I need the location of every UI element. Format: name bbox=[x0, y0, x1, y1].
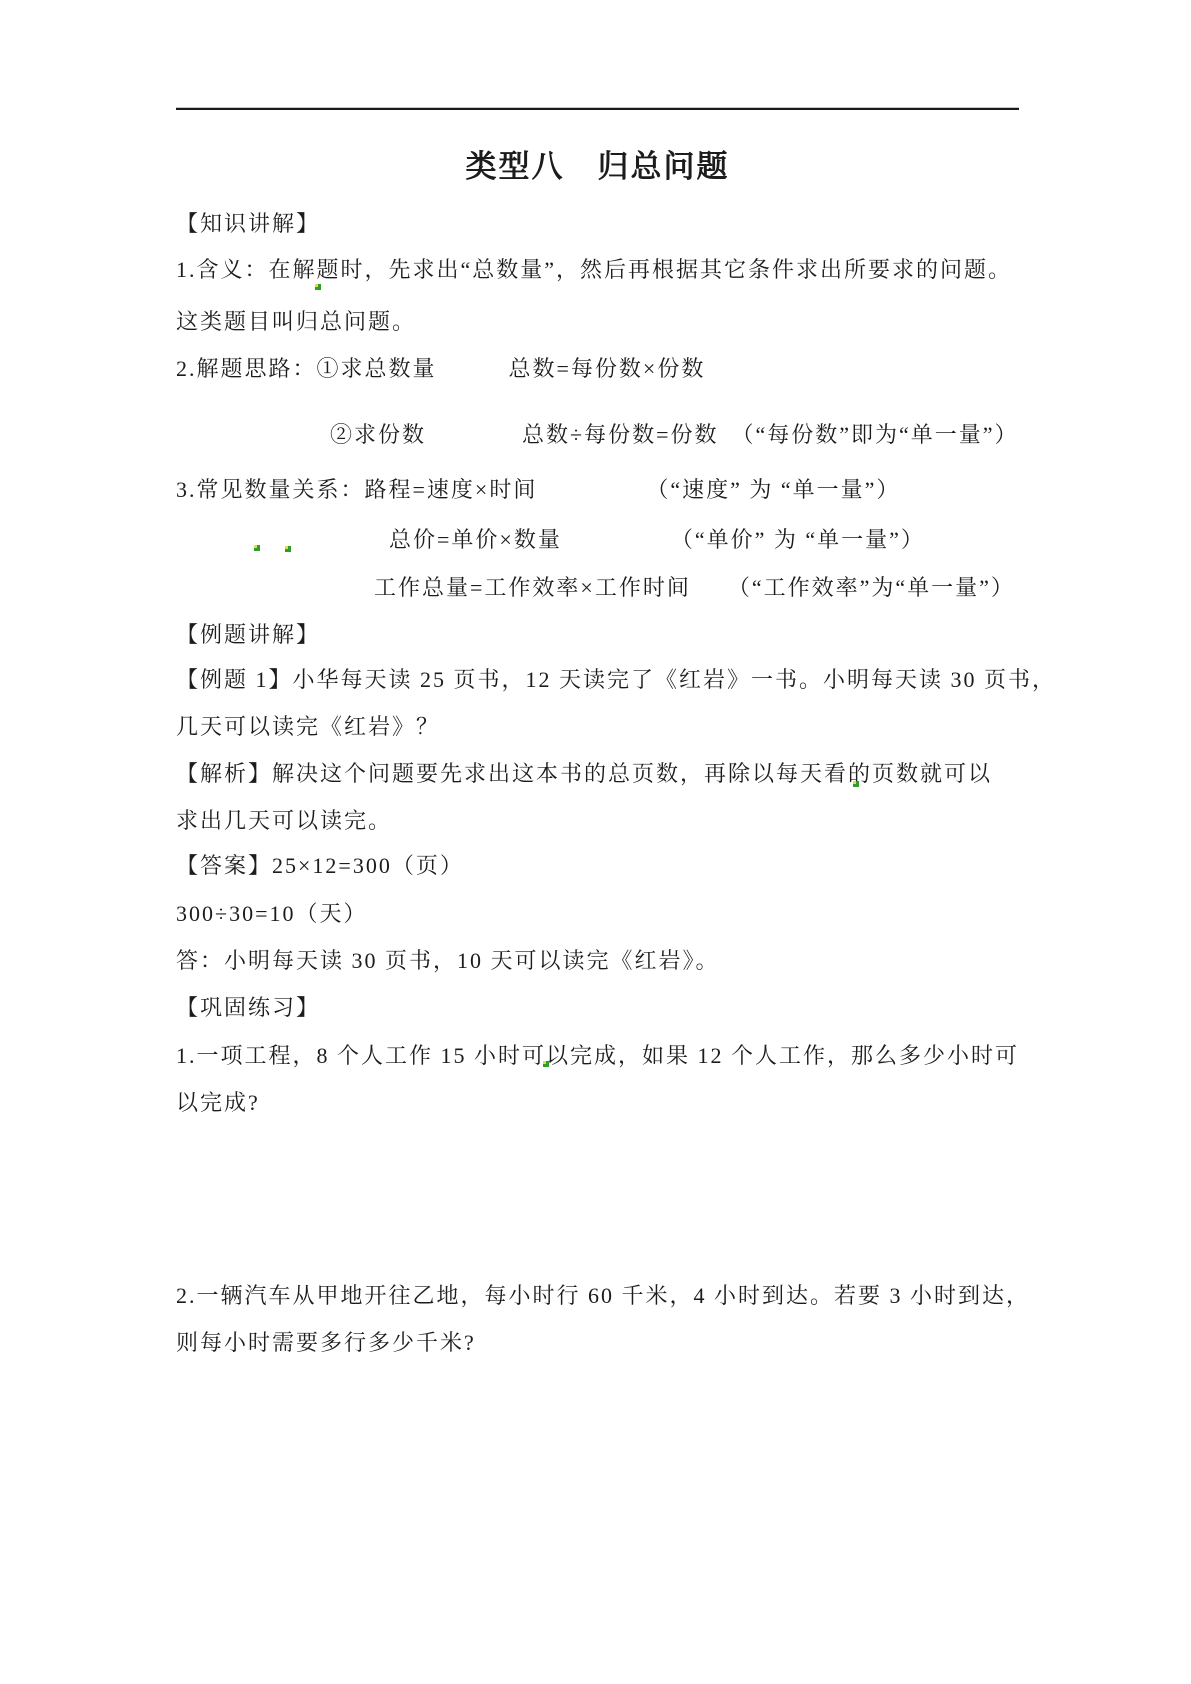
knowledge-section-header: 【知识讲解】 bbox=[176, 211, 320, 237]
proofing-mark bbox=[315, 284, 321, 290]
exercise2-line-2: 则每小时需要多行多少千米? bbox=[176, 1330, 476, 1356]
example1-analysis-line-1: 【解析】解决这个问题要先求出这本书的总页数，再除以每天看的页数就可以 bbox=[176, 761, 992, 787]
header-rule bbox=[176, 107, 1019, 110]
example1-answer-line-1: 【答案】25×12=300（页） bbox=[176, 853, 464, 879]
proofing-mark bbox=[853, 781, 859, 787]
example1-problem-line-1: 【例题 1】小华每天读 25 页书，12 天读完了《红岩》一书。小明每天读 30… bbox=[176, 667, 1056, 693]
proofing-mark bbox=[543, 1061, 549, 1067]
page-title: 类型八 归总问题 bbox=[176, 148, 1019, 186]
example1-answer-line-3: 答：小明每天读 30 页书，10 天可以读完《红岩》。 bbox=[176, 948, 720, 974]
relation-line-price: 总价=单价×数量 （“单价” 为 “单一量”） bbox=[389, 527, 925, 553]
exercise1-line-2: 以完成? bbox=[176, 1090, 260, 1116]
example1-answer-line-2: 300÷30=10（天） bbox=[176, 901, 367, 927]
example-section-header: 【例题讲解】 bbox=[176, 622, 320, 648]
meaning-line-2: 这类题目叫归总问题。 bbox=[176, 309, 416, 335]
document-page: 类型八 归总问题 【知识讲解】 1.含义：在解题时，先求出“总数量”，然后再根据… bbox=[0, 0, 1191, 1684]
approach-line-2: ②求份数 总数÷每份数=份数 （“每份数”即为“单一量”） bbox=[330, 422, 1019, 448]
proofing-mark bbox=[285, 546, 291, 552]
approach-line-1: 2.解题思路：①求总数量 总数=每份数×份数 bbox=[176, 356, 705, 382]
relation-line-distance: 3.常见数量关系：路程=速度×时间 （“速度” 为 “单一量”） bbox=[176, 477, 900, 503]
proofing-mark bbox=[254, 545, 260, 551]
meaning-line-1: 1.含义：在解题时，先求出“总数量”，然后再根据其它条件求出所要求的问题。 bbox=[176, 257, 1012, 283]
exercise2-line-1: 2.一辆汽车从甲地开往乙地，每小时行 60 千米，4 小时到达。若要 3 小时到… bbox=[176, 1283, 1030, 1309]
relation-line-work: 工作总量=工作效率×工作时间 （“工作效率”为“单一量”） bbox=[374, 575, 1015, 601]
example1-analysis-line-2: 求出几天可以读完。 bbox=[176, 808, 392, 834]
practice-section-header: 【巩固练习】 bbox=[176, 995, 320, 1021]
example1-problem-line-2: 几天可以读完《红岩》？ bbox=[176, 714, 440, 740]
exercise1-line-1: 1.一项工程，8 个人工作 15 小时可以完成，如果 12 个人工作，那么多少小… bbox=[176, 1043, 1019, 1069]
